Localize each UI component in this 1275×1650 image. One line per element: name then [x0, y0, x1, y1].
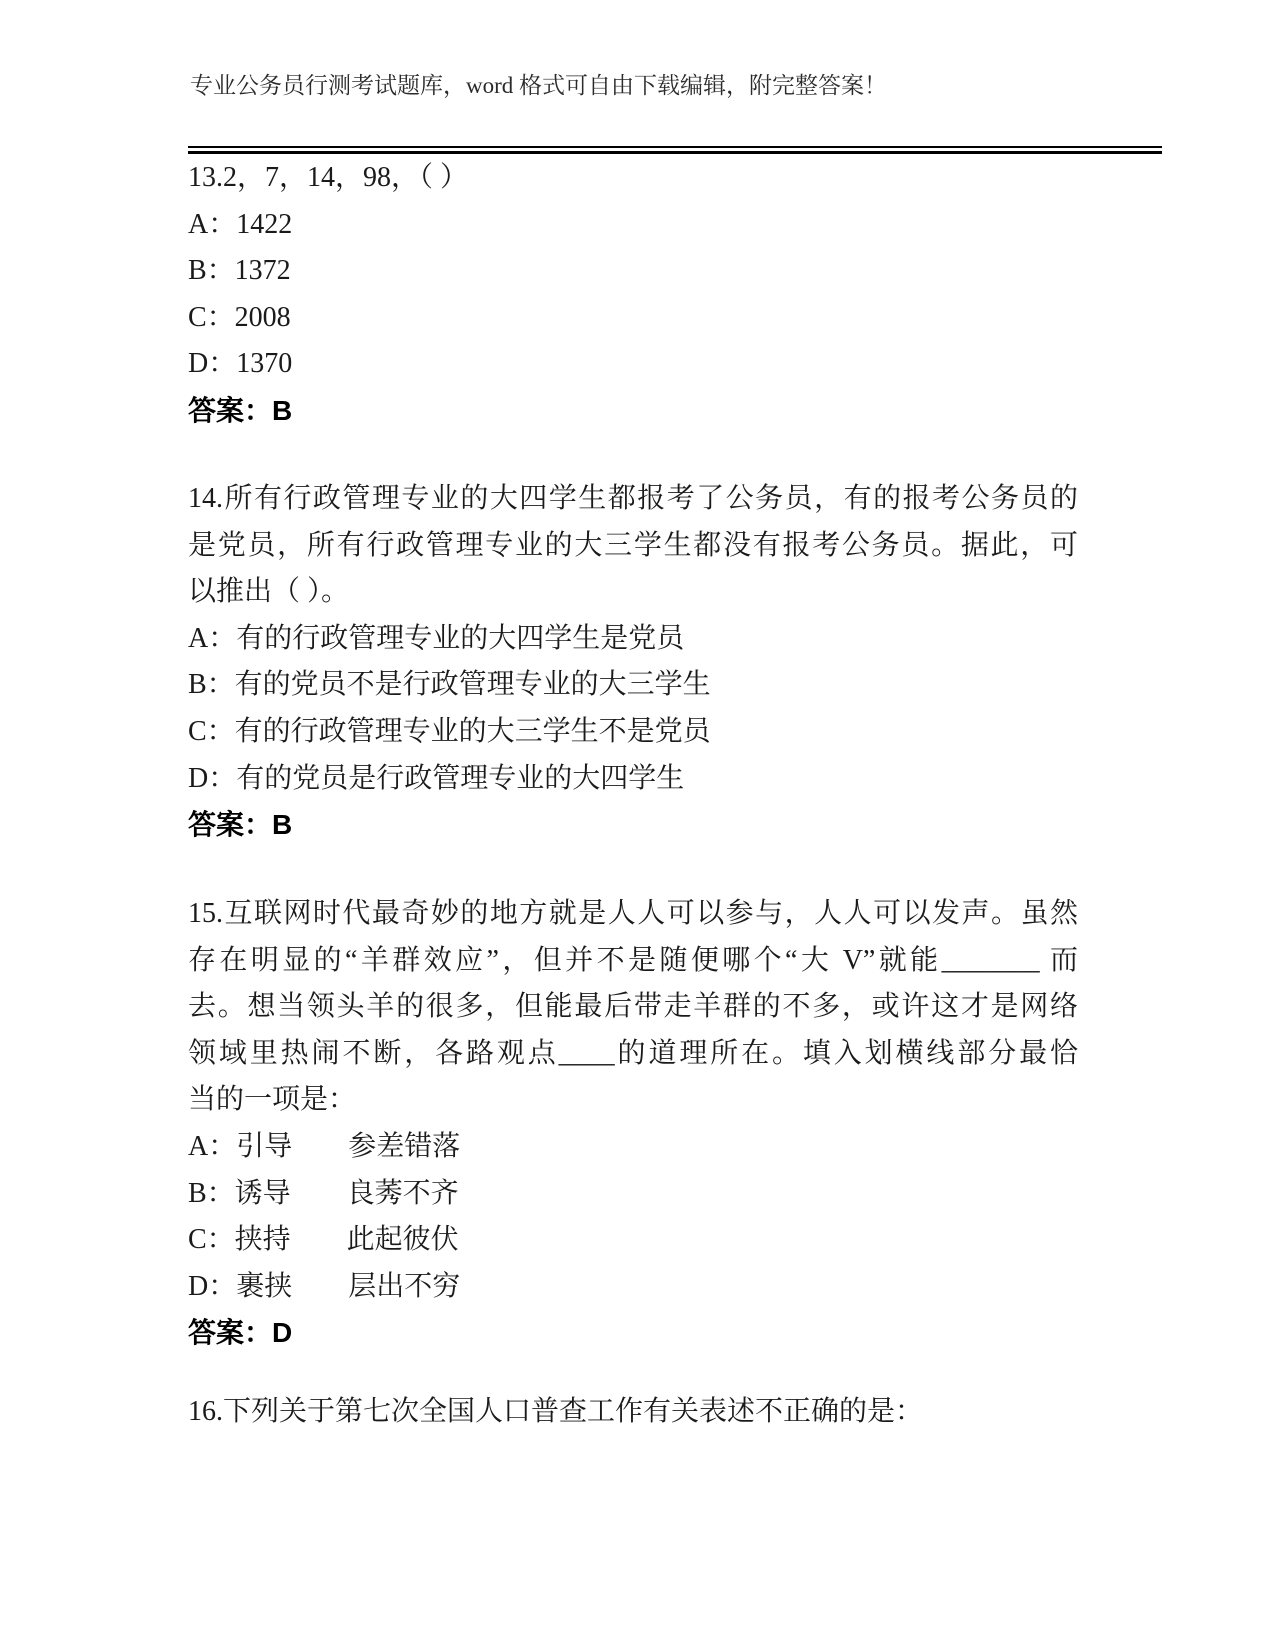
question-stem-line: 13.2，7，14，98，（ ） — [188, 155, 1078, 202]
option-line: A：引导 参差错落 — [188, 1124, 1078, 1171]
question-block: 15.互联网时代最奇妙的地方就是人人可以参与，人人可以发声。虽然存在明显的“羊群… — [188, 891, 1078, 1357]
question-block: 13.2，7，14，98，（ ）A：1422B：1372C：2008D：1370… — [188, 155, 1078, 435]
question-block: 16.下列关于第七次全国人口普查工作有关表述不正确的是： — [188, 1389, 1078, 1436]
question-stem-line: 以推出（ ）。 — [188, 569, 1078, 616]
option-line: D：裹挟 层出不穷 — [188, 1264, 1078, 1311]
option-line: D：有的党员是行政管理专业的大四学生 — [188, 756, 1078, 803]
option-line: B：诱导 良莠不齐 — [188, 1171, 1078, 1218]
divider-thick-line — [188, 151, 1162, 154]
option-line: B：1372 — [188, 248, 1078, 295]
option-line: C：有的行政管理专业的大三学生不是党员 — [188, 709, 1078, 756]
document-page: 专业公务员行测考试题库，word 格式可自由下载编辑，附完整答案！ 13.2，7… — [0, 0, 1275, 1650]
question-block: 14.所有行政管理专业的大四学生都报考了公务员，有的报考公务员的是党员，所有行政… — [188, 476, 1078, 849]
question-stem-line: 14.所有行政管理专业的大四学生都报考了公务员，有的报考公务员的 — [188, 476, 1078, 523]
question-stem-line: 15.互联网时代最奇妙的地方就是人人可以参与，人人可以发声。虽然 — [188, 891, 1078, 938]
question-stem-line: 当的一项是： — [188, 1077, 1078, 1124]
answer-line: 答案：B — [188, 388, 1078, 435]
question-stem-line: 去。想当领头羊的很多，但能最后带走羊群的不多，或许这才是网络 — [188, 984, 1078, 1031]
answer-line: 答案：D — [188, 1310, 1078, 1357]
header-divider — [188, 146, 1162, 154]
page-header-text: 专业公务员行测考试题库，word 格式可自由下载编辑，附完整答案！ — [190, 71, 1164, 101]
option-line: B：有的党员不是行政管理专业的大三学生 — [188, 662, 1078, 709]
question-stem-line: 存在明显的“羊群效应”，但并不是随便哪个“大 V”就能_______ 而 — [188, 938, 1078, 985]
option-line: C：挟持 此起彼伏 — [188, 1217, 1078, 1264]
question-stem-line: 16.下列关于第七次全国人口普查工作有关表述不正确的是： — [188, 1389, 1078, 1436]
option-line: C：2008 — [188, 295, 1078, 342]
answer-line: 答案：B — [188, 802, 1078, 849]
option-line: A：1422 — [188, 202, 1078, 249]
question-stem-line: 是党员，所有行政管理专业的大三学生都没有报考公务员。据此，可 — [188, 523, 1078, 570]
option-line: D：1370 — [188, 341, 1078, 388]
option-line: A：有的行政管理专业的大四学生是党员 — [188, 616, 1078, 663]
question-stem-line: 领域里热闹不断，各路观点____的道理所在。填入划横线部分最恰 — [188, 1031, 1078, 1078]
